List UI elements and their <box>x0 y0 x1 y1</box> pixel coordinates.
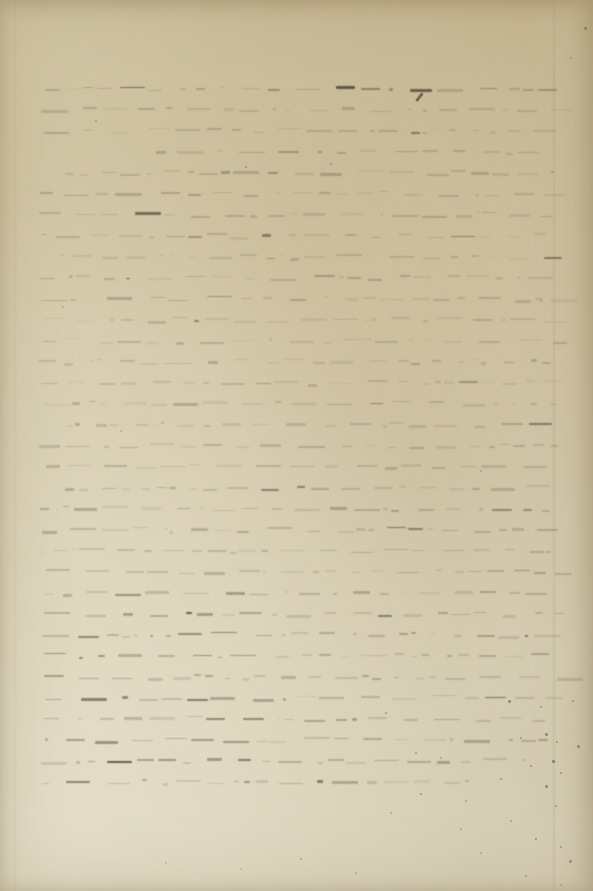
ink-smudge <box>230 552 236 554</box>
ink-smudge <box>234 321 256 323</box>
ink-smudge <box>96 424 107 427</box>
ink-smudge <box>553 342 567 344</box>
foxing-speck <box>530 765 532 767</box>
ink-smudge <box>449 488 465 490</box>
ink-smudge <box>432 695 455 696</box>
ink-smudge <box>39 445 60 448</box>
ink-smudge <box>190 256 195 257</box>
foxing-speck <box>508 700 511 703</box>
ink-smudge <box>187 716 203 717</box>
ink-smudge <box>79 657 84 659</box>
faded-text-line <box>38 232 545 241</box>
ink-smudge <box>524 466 548 468</box>
ink-smudge <box>40 278 54 279</box>
ink-smudge <box>368 635 385 637</box>
ink-smudge <box>262 234 271 237</box>
ink-smudge <box>557 678 584 681</box>
ink-smudge <box>103 108 129 110</box>
faded-text-line <box>60 421 562 430</box>
ink-smudge <box>456 215 472 218</box>
ink-smudge <box>513 445 526 447</box>
ink-smudge <box>44 404 70 406</box>
ink-smudge <box>418 509 435 511</box>
ink-smudge <box>136 424 149 426</box>
ink-smudge <box>555 573 572 575</box>
ink-smudge <box>427 528 434 530</box>
ink-smudge <box>140 363 157 365</box>
ink-smudge <box>256 465 281 467</box>
ink-smudge <box>89 401 96 402</box>
ink-smudge <box>476 720 491 722</box>
ink-smudge <box>98 655 106 657</box>
faded-text-line <box>38 337 562 346</box>
ink-smudge <box>166 107 173 109</box>
ink-smudge <box>290 213 298 214</box>
ink-smudge <box>232 129 241 131</box>
ink-smudge <box>64 195 89 196</box>
ink-smudge <box>261 489 278 491</box>
ink-smudge <box>278 761 303 763</box>
ink-smudge <box>481 362 486 365</box>
ink-smudge <box>409 425 426 428</box>
ink-smudge <box>44 653 67 654</box>
ink-smudge <box>383 781 409 783</box>
ink-smudge <box>196 88 205 90</box>
ink-smudge <box>166 236 185 237</box>
faded-text-line <box>38 358 562 367</box>
ink-smudge <box>270 279 296 281</box>
foxing-speck <box>62 306 64 308</box>
ink-smudge <box>268 362 279 364</box>
ink-smudge <box>74 508 97 511</box>
ink-smudge <box>203 425 211 427</box>
ink-smudge <box>389 88 393 91</box>
ink-smudge <box>204 572 225 575</box>
ink-smudge <box>119 447 138 448</box>
ink-smudge <box>160 466 185 467</box>
ink-smudge <box>401 464 421 467</box>
ink-smudge <box>256 383 270 384</box>
ink-smudge <box>525 593 546 595</box>
foxing-speck <box>465 800 467 802</box>
ink-smudge <box>413 276 431 278</box>
foxing-speck <box>570 57 572 59</box>
ink-smudge <box>161 192 180 194</box>
ink-smudge <box>477 635 495 637</box>
ink-smudge <box>40 192 54 194</box>
ink-smudge <box>157 487 167 488</box>
ink-smudge <box>100 404 106 405</box>
ink-smudge <box>290 466 315 467</box>
ink-smudge <box>122 636 131 638</box>
foxing-speck <box>95 120 97 122</box>
ink-smudge <box>500 717 521 719</box>
ink-smudge <box>530 551 544 553</box>
ink-smudge <box>546 551 551 553</box>
ink-smudge <box>214 510 234 511</box>
ink-smudge <box>246 278 255 280</box>
ink-smudge <box>509 214 530 217</box>
ink-smudge <box>145 342 159 344</box>
ink-smudge <box>148 278 173 280</box>
ink-smudge <box>173 677 191 680</box>
foxing-speck <box>520 737 522 739</box>
ink-smudge <box>238 550 257 552</box>
faded-text-line <box>38 757 528 766</box>
faded-text-line <box>60 169 562 178</box>
ink-smudge <box>324 612 336 614</box>
ink-smudge <box>324 296 329 297</box>
faded-text-line <box>38 442 562 451</box>
ink-smudge <box>185 276 205 277</box>
ink-smudge <box>145 591 169 594</box>
ink-smudge <box>515 697 535 699</box>
ink-smudge <box>42 531 57 534</box>
ink-smudge <box>63 506 69 507</box>
ink-smudge <box>526 485 551 487</box>
ink-smudge <box>407 761 432 763</box>
ink-smudge <box>444 341 462 343</box>
ink-smudge <box>304 234 330 236</box>
ink-smudge <box>45 89 60 91</box>
ink-smudge <box>371 237 381 238</box>
ink-smudge <box>530 403 537 405</box>
ink-smudge <box>280 550 305 551</box>
ink-smudge <box>117 549 134 551</box>
ink-smudge <box>501 109 508 110</box>
ink-smudge <box>177 425 195 427</box>
ink-smudge <box>503 615 516 618</box>
ink-smudge <box>474 426 485 428</box>
ink-smudge <box>144 550 152 552</box>
ink-smudge <box>44 612 71 614</box>
ink-smudge <box>92 234 110 236</box>
ink-smudge <box>391 510 400 512</box>
ink-smudge <box>449 129 457 131</box>
ink-smudge <box>120 360 135 362</box>
ink-smudge <box>141 507 162 510</box>
ink-smudge <box>317 780 323 783</box>
faded-text-line <box>38 379 562 388</box>
ink-smudge <box>102 257 118 259</box>
ink-smudge <box>67 381 84 383</box>
ink-smudge <box>400 275 410 277</box>
ink-smudge <box>487 570 504 572</box>
ink-smudge <box>337 152 346 154</box>
ink-smudge <box>308 384 318 387</box>
ink-smudge <box>229 237 247 240</box>
ink-smudge <box>356 528 366 531</box>
ink-smudge <box>372 678 381 680</box>
ink-smudge <box>85 615 106 617</box>
ink-smudge <box>291 403 317 405</box>
ink-smudge <box>192 550 202 552</box>
ink-smudge <box>123 402 148 405</box>
ink-smudge <box>164 214 175 216</box>
ink-smudge <box>394 677 399 678</box>
ink-smudge <box>181 446 197 448</box>
ink-smudge <box>194 674 201 676</box>
ink-smudge <box>210 697 236 700</box>
ink-smudge <box>347 277 361 279</box>
ink-smudge <box>170 531 174 534</box>
ink-smudge <box>320 550 337 551</box>
ink-smudge <box>450 738 454 741</box>
ink-smudge <box>438 612 448 614</box>
ink-smudge <box>471 255 479 257</box>
faded-text-block <box>0 0 593 891</box>
ink-smudge <box>363 297 376 299</box>
ink-smudge <box>286 423 306 426</box>
ink-smudge <box>340 213 362 215</box>
ink-smudge <box>177 508 190 509</box>
foxing-speck <box>560 846 562 848</box>
ink-smudge <box>398 360 409 362</box>
ink-smudge <box>512 403 515 404</box>
ink-smudge <box>230 655 256 656</box>
ink-smudge <box>67 425 73 427</box>
ink-smudge <box>479 508 484 511</box>
ink-smudge <box>395 151 418 152</box>
ink-smudge <box>461 761 470 763</box>
ink-smudge <box>148 128 170 129</box>
ink-smudge <box>65 338 82 339</box>
ink-smudge <box>150 635 153 637</box>
ink-smudge <box>104 465 127 467</box>
ink-smudge <box>188 236 202 238</box>
ink-smudge <box>398 381 407 382</box>
ink-smudge <box>411 632 416 634</box>
ink-smudge <box>159 254 164 256</box>
ink-smudge <box>72 402 81 405</box>
ink-smudge <box>399 485 406 488</box>
ink-smudge <box>405 194 423 196</box>
ink-smudge <box>207 783 224 784</box>
ink-smudge <box>124 717 143 720</box>
ink-smudge <box>122 488 131 491</box>
ink-smudge <box>345 298 358 301</box>
ink-smudge <box>523 759 527 761</box>
ink-smudge <box>451 256 458 258</box>
ink-smudge <box>142 779 147 781</box>
ink-smudge <box>225 215 245 217</box>
ink-smudge <box>257 741 269 742</box>
ink-smudge <box>193 655 213 656</box>
faded-text-line <box>60 484 562 493</box>
ink-smudge <box>500 444 509 445</box>
ink-smudge <box>506 153 514 155</box>
ink-smudge <box>84 129 93 131</box>
ink-smudge <box>164 528 167 529</box>
ink-smudge <box>367 339 372 340</box>
ink-smudge <box>491 488 516 491</box>
ink-smudge <box>509 739 513 741</box>
ink-smudge <box>438 195 459 197</box>
ink-smudge <box>514 570 530 571</box>
foxing-speck <box>545 733 548 736</box>
ink-smudge <box>472 488 481 490</box>
ink-smudge <box>45 738 48 741</box>
ink-smudge <box>297 486 305 488</box>
ink-smudge <box>67 465 91 466</box>
ink-smudge <box>239 612 262 614</box>
foxing-speck <box>525 875 527 877</box>
ink-smudge <box>479 341 500 343</box>
ink-smudge <box>361 88 379 90</box>
ink-smudge <box>389 171 414 173</box>
ink-smudge <box>479 676 502 678</box>
ink-smudge <box>176 342 184 345</box>
ink-smudge <box>554 613 565 614</box>
foxing-speck <box>540 706 542 708</box>
ink-smudge <box>411 550 425 551</box>
ink-smudge <box>368 380 388 382</box>
ink-smudge <box>338 130 357 132</box>
ink-smudge <box>378 615 392 617</box>
ink-smudge <box>183 593 209 594</box>
ink-smudge <box>413 298 430 300</box>
ink-smudge <box>540 216 553 217</box>
ink-smudge <box>299 593 320 595</box>
ink-smudge <box>41 300 68 301</box>
ink-smudge <box>335 677 358 679</box>
ink-smudge <box>42 234 46 235</box>
foxing-speck <box>560 884 562 886</box>
ink-smudge <box>483 151 501 153</box>
ink-smudge <box>360 150 376 152</box>
ink-smudge <box>188 194 202 196</box>
faded-text-line <box>38 295 562 304</box>
ink-smudge <box>188 171 194 173</box>
ink-smudge <box>437 761 450 764</box>
ink-smudge <box>275 401 282 403</box>
ink-smudge <box>63 594 72 597</box>
ink-smudge <box>517 277 521 278</box>
ink-smudge <box>412 656 417 657</box>
ink-smudge <box>383 425 386 428</box>
ink-smudge <box>327 404 353 405</box>
foxing-speck <box>330 163 332 165</box>
ink-smudge <box>330 361 353 364</box>
ink-smudge <box>272 614 277 616</box>
foxing-speck <box>480 470 482 472</box>
ink-smudge <box>342 446 351 447</box>
ink-smudge <box>336 719 347 721</box>
ink-smudge <box>422 132 427 134</box>
ink-smudge <box>254 132 263 133</box>
ink-smudge <box>392 698 416 700</box>
ink-smudge <box>147 90 162 91</box>
ink-smudge <box>80 174 88 176</box>
ink-smudge <box>435 381 441 383</box>
page-crease <box>14 0 16 891</box>
ink-smudge <box>225 678 230 679</box>
ink-smudge <box>499 529 507 531</box>
ink-smudge <box>291 632 309 634</box>
ink-smudge <box>380 214 384 215</box>
ink-smudge <box>334 738 348 739</box>
ink-smudge <box>309 110 328 111</box>
foxing-speck <box>545 785 548 788</box>
ink-smudge <box>137 759 154 761</box>
ink-smudge <box>107 297 133 300</box>
ink-smudge <box>218 657 222 658</box>
ink-smudge <box>301 318 327 321</box>
ink-smudge <box>267 258 275 259</box>
ink-smudge <box>207 758 222 761</box>
ink-smudge <box>341 488 361 490</box>
foxing-speck <box>535 838 537 840</box>
ink-smudge <box>70 299 76 301</box>
ink-smudge <box>445 678 465 680</box>
ink-smudge <box>357 465 378 467</box>
ink-smudge <box>385 467 397 470</box>
ink-smudge <box>170 255 175 256</box>
ink-smudge <box>296 696 317 697</box>
ink-smudge <box>304 720 325 722</box>
ink-smudge <box>387 527 406 528</box>
ink-smudge <box>337 531 354 533</box>
ink-smudge <box>72 255 93 257</box>
ink-smudge <box>496 277 503 280</box>
ink-smudge <box>460 466 477 467</box>
ink-smudge <box>99 383 115 385</box>
ink-smudge <box>320 173 342 176</box>
ink-smudge <box>358 192 373 194</box>
ink-smudge <box>86 570 109 572</box>
ink-smudge <box>534 233 546 235</box>
ink-smudge <box>100 342 114 344</box>
ink-smudge <box>69 275 72 278</box>
ink-smudge <box>419 592 442 594</box>
ink-smudge <box>194 320 199 322</box>
ink-smudge <box>525 635 529 637</box>
ink-smudge <box>544 321 568 323</box>
ink-smudge <box>273 108 277 110</box>
ink-smudge <box>318 151 322 153</box>
ink-smudge <box>334 319 358 320</box>
ink-smudge <box>290 258 299 261</box>
ink-smudge <box>319 654 331 656</box>
faded-text-line <box>38 673 562 682</box>
ink-smudge <box>408 528 423 530</box>
ink-smudge <box>126 571 144 573</box>
ink-smudge <box>463 404 487 407</box>
ink-smudge <box>361 696 380 698</box>
ink-smudge <box>492 509 512 511</box>
ink-smudge <box>211 632 237 633</box>
ink-smudge <box>384 549 408 550</box>
ink-smudge <box>203 444 222 446</box>
ink-smudge <box>473 549 490 551</box>
ink-smudge <box>424 739 446 741</box>
ink-smudge <box>104 446 109 448</box>
ink-smudge <box>459 381 478 383</box>
ink-smudge <box>313 571 319 573</box>
ink-smudge <box>509 592 520 594</box>
ink-smudge <box>517 152 540 153</box>
ink-smudge <box>542 362 551 364</box>
ink-smudge <box>104 278 115 280</box>
ink-smudge <box>523 89 534 91</box>
foxing-speck <box>385 712 387 714</box>
ink-smudge <box>363 445 376 446</box>
ink-smudge <box>303 213 325 216</box>
ink-smudge <box>447 655 452 657</box>
ink-smudge <box>79 548 106 550</box>
ink-smudge <box>306 130 332 132</box>
ink-smudge <box>115 193 142 196</box>
